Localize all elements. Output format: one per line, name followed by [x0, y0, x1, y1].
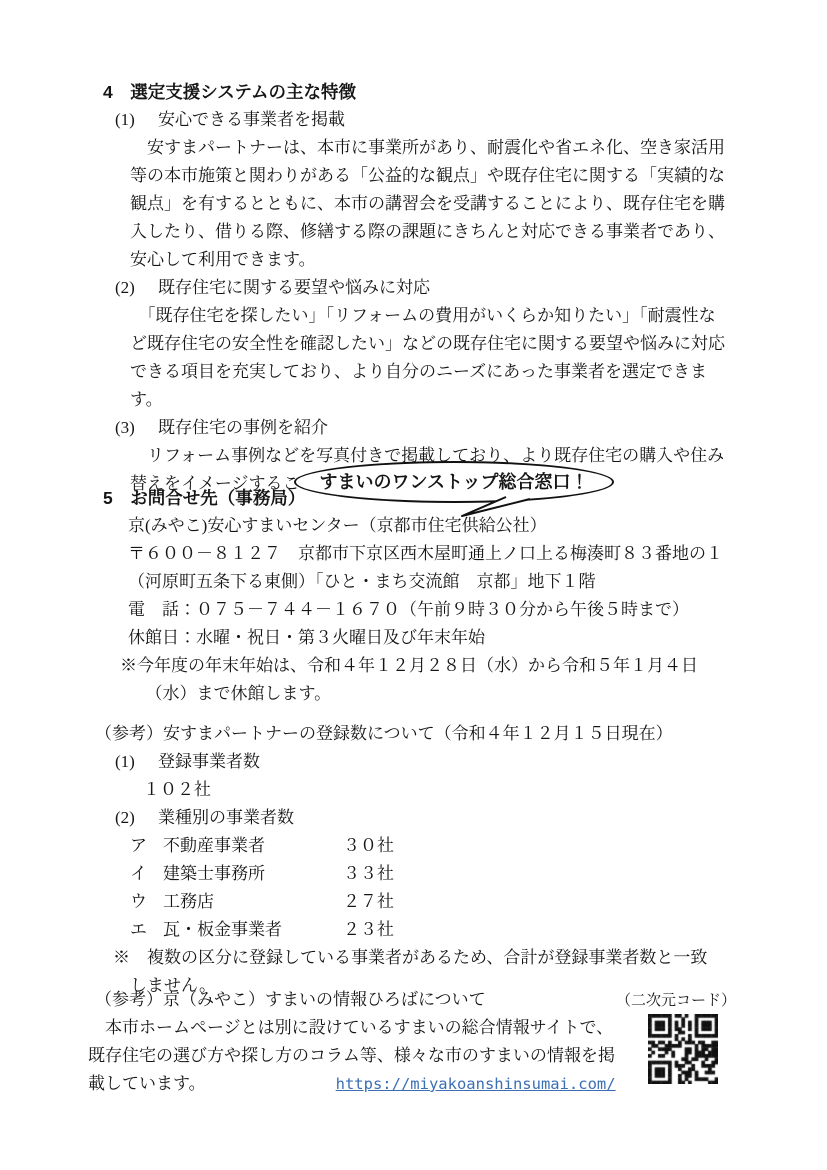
ref1-item-1: (1)登録事業者数 [115, 748, 827, 776]
qr-code-label: （二次元コード） [616, 990, 736, 1012]
contact-closed-days: 休館日：水曜・祝日・第３火曜日及び年末年始 [128, 624, 827, 652]
item-title: 業種別の事業者数 [158, 808, 294, 827]
row-label: 建築士事務所 [163, 860, 343, 888]
row-kana: イ [130, 860, 163, 888]
item-title: 既存住宅の事例を紹介 [158, 418, 328, 437]
row-kana: ウ [130, 888, 163, 916]
reference2-heading: （参考）京（みやこ）すまいの情報ひろばについて [95, 986, 660, 1014]
reference2-body-block: 本市ホームページとは別に設けているすまいの総合情報サイトで、 既存住宅の選び方や… [88, 1014, 660, 1098]
ref1-item-2: (2)業種別の事業者数 [115, 804, 827, 832]
miyako-url-link[interactable]: https://miyakoanshinsumai.com/ [336, 1075, 616, 1093]
row-kana: エ [130, 916, 163, 944]
contact-phone: 電 話：０７５－７４４－１６７０（午前９時３０分から午後５時まで） [128, 596, 827, 624]
reference-registration: （参考）安すまパートナーの登録数について（令和４年１２月１５日現在） (1)登録… [0, 720, 827, 1000]
section4-item-2-body: 「既存住宅を探したい」「リフォームの費用がいくらか知りたい」「耐震性な ど既存住… [130, 302, 827, 414]
item-number: (1) [115, 106, 158, 134]
row-label: 瓦・板金事業者 [163, 916, 343, 944]
reference1-heading: （参考）安すまパートナーの登録数について（令和４年１２月１５日現在） [95, 720, 827, 748]
contact-address-detail: （河原町五条下る東側）「ひと・まち交流館 京都」地下１階 [128, 568, 827, 596]
contact-postal-address: 〒６００－８１２７ 京都市下京区西木屋町通上ノ口上る梅湊町８３番地の１ [128, 540, 827, 568]
row-count: ２３社 [343, 920, 394, 939]
row-kana: ア [130, 832, 163, 860]
row-count: ２７社 [343, 892, 394, 911]
section4-item-1-body: 安すまパートナーは、本市に事業所があり、耐震化や省エネ化、空き家活用 等の本市施… [130, 134, 827, 274]
table-row: ア不動産事業者３０社 [130, 832, 827, 860]
row-count: ３０社 [343, 836, 394, 855]
item-title: 登録事業者数 [158, 752, 260, 771]
item-title: 既存住宅に関する要望や悩みに対応 [158, 278, 430, 297]
section4-heading: 4 選定支援システムの主な特徴 [103, 78, 827, 106]
speech-bubble-tail [454, 496, 538, 520]
section4-item-3: (3)既存住宅の事例を紹介 [115, 414, 827, 442]
item-number: (1) [115, 748, 158, 776]
registered-total-count: １０２社 [143, 776, 827, 804]
section4-item-2: (2)既存住宅に関する要望や悩みに対応 [115, 274, 827, 302]
item-number: (2) [115, 274, 158, 302]
reference-info-portal: （参考）京（みやこ）すまいの情報ひろばについて 本市ホームページとは別に設けてい… [88, 986, 660, 1098]
row-label: 不動産事業者 [163, 832, 343, 860]
speech-bubble: すまいのワンストップ総合窓口！ [294, 461, 624, 519]
item-title: 安心できる事業者を掲載 [158, 110, 345, 129]
row-count: ３３社 [343, 864, 394, 883]
table-row: イ建築士事務所３３社 [130, 860, 827, 888]
item-number: (2) [115, 804, 158, 832]
table-row: ウ工務店２７社 [130, 888, 827, 916]
qr-code-image [648, 1014, 718, 1084]
section4-item-1: (1)安心できる事業者を掲載 [115, 106, 827, 134]
document-page: 4 選定支援システムの主な特徴 (1)安心できる事業者を掲載 安すまパートナーは… [0, 0, 827, 1170]
year-end-closure-note: ※今年度の年末年始は、令和４年１２月２８日（水）から令和５年１月４日 （水）まで… [120, 652, 827, 708]
table-row: エ瓦・板金事業者２３社 [130, 916, 827, 944]
row-label: 工務店 [163, 888, 343, 916]
item-number: (3) [115, 414, 158, 442]
